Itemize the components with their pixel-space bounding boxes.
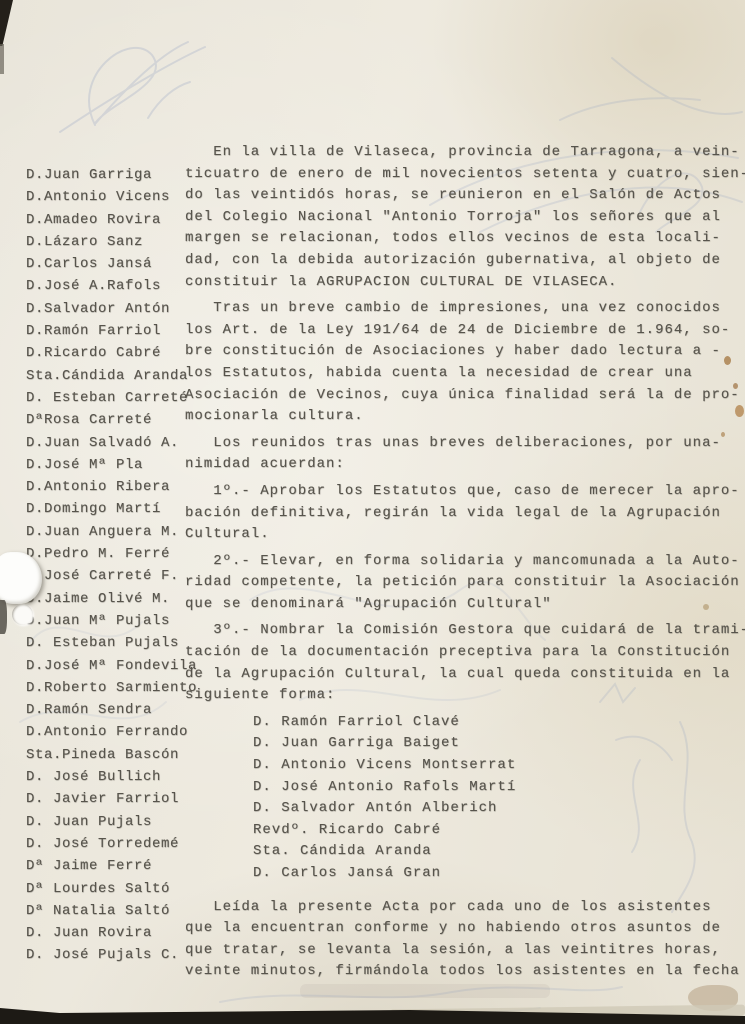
committee-member: D. Antonio Vicens Montserrat	[253, 755, 745, 777]
attendee-name: D.Roberto Sarmiento	[26, 677, 197, 699]
committee-member: Sta. Cándida Aranda	[253, 841, 745, 863]
body-line: veinte minutos, firmándola todos los asi…	[185, 961, 745, 983]
body-line: En la villa de Vilaseca, provincia de Ta…	[185, 142, 745, 164]
paragraph-agreement-lead: Los reunidos tras unas breves deliberaci…	[185, 433, 745, 476]
punch-hole	[12, 604, 33, 625]
attendee-name: D.Lázaro Sanz	[26, 231, 197, 253]
body-line: Tras un breve cambio de impresiones, una…	[185, 298, 745, 320]
committee-member: D. Salvador Antón Alberich	[253, 798, 745, 820]
attendee-name: D.José Mª Fondevila	[26, 655, 197, 677]
body-line: 1º.- Aprobar los Estatutos que, caso de …	[185, 481, 745, 503]
body-line: los Estatutos, habida cuenta la necesida…	[185, 363, 745, 385]
attendee-name: D.Domingo Martí	[26, 498, 197, 520]
body-line: 2º.- Elevar, en forma solidaria y mancom…	[185, 551, 745, 573]
attendee-name: Dª Lourdes Saltó	[26, 878, 197, 900]
body-line: que la encuentran conforme y no habiendo…	[185, 918, 745, 940]
attendee-name: D.Antonio Vicens	[26, 186, 197, 208]
attendee-name: D.Juan Garriga	[26, 164, 197, 186]
body-line: 3º.- Nombrar la Comisión Gestora que cui…	[185, 620, 745, 642]
attendee-name: D. Javier Farriol	[26, 788, 197, 810]
attendee-name: Sta.Cándida Aranda	[26, 365, 197, 387]
paragraph-intro: En la villa de Vilaseca, provincia de Ta…	[185, 142, 745, 293]
committee-member: D. Ramón Farriol Clavé	[253, 712, 745, 734]
attendee-name: D. José Torredemé	[26, 833, 197, 855]
document-body: En la villa de Vilaseca, provincia de Ta…	[185, 142, 745, 988]
attendee-name: D.Jaime Olivé M.	[26, 588, 197, 610]
body-line: ridad competente, la petición para const…	[185, 572, 745, 594]
body-line: constituir la AGRUPACION CULTURAL DE VIL…	[185, 272, 745, 294]
attendee-name: D.José Carreté F.	[26, 565, 197, 587]
paragraph-closing: Leída la presente Acta por cada uno de l…	[185, 897, 745, 983]
attendee-name: D. José Bullich	[26, 766, 197, 788]
attendee-name: D. Juan Pujals	[26, 811, 197, 833]
body-line: que se denominará "Agrupación Cultural"	[185, 594, 745, 616]
paragraph-resolution-3: 3º.- Nombrar la Comisión Gestora que cui…	[185, 620, 745, 706]
committee-member: D. José Antonio Rafols Martí	[253, 777, 745, 799]
scanned-document-page: D.Juan GarrigaD.Antonio VicensD.Amadeo R…	[0, 0, 745, 1024]
attendee-name: D.Salvador Antón	[26, 298, 197, 320]
attendee-name: D.Juan Anguera M.	[26, 521, 197, 543]
rust-stain	[703, 604, 709, 610]
body-line: bación definitiva, regirán la vida legal…	[185, 503, 745, 525]
attendee-name: D.Pedro M. Ferré	[26, 543, 197, 565]
margin-attendees-list: D.Juan GarrigaD.Antonio VicensD.Amadeo R…	[26, 164, 197, 967]
scan-edge-mark-left	[0, 44, 4, 74]
paragraph-resolution-2: 2º.- Elevar, en forma solidaria y mancom…	[185, 551, 745, 616]
attendee-name: D. Esteban Pujals	[26, 632, 197, 654]
scan-edge-shadow-top-left	[0, 0, 13, 46]
body-line: Cultural.	[185, 524, 745, 546]
body-line: mocionarla cultura.	[185, 406, 745, 428]
body-line: ticuatro de enero de mil novecientos set…	[185, 164, 745, 186]
body-line: Asociación de Vecinos, cuya única finali…	[185, 385, 745, 407]
attendee-name: D.José Mª Pla	[26, 454, 197, 476]
rust-stain	[724, 356, 731, 365]
rust-stain	[733, 383, 738, 389]
body-line: bre constitución de Asociaciones y haber…	[185, 341, 745, 363]
committee-member: D. Juan Garriga Baiget	[253, 733, 745, 755]
attendee-name: D. Esteban Carreté	[26, 387, 197, 409]
body-line: dad, con la debida autorización gubernat…	[185, 250, 745, 272]
attendee-name: D.Juan Salvadó A.	[26, 432, 197, 454]
body-line: del Colegio Nacional "Antonio Torroja" l…	[185, 207, 745, 229]
committee-member: D. Carlos Jansá Gran	[253, 863, 745, 885]
committee-member: Revdº. Ricardo Cabré	[253, 820, 745, 842]
body-line: que tratar, se levanta la sesión, a las …	[185, 940, 745, 962]
body-line: tación de la documentación preceptiva pa…	[185, 642, 745, 664]
attendee-name: DªRosa Carreté	[26, 409, 197, 431]
paragraph-resolution-1: 1º.- Aprobar los Estatutos que, caso de …	[185, 481, 745, 546]
body-line: nimidad acuerdan:	[185, 454, 745, 476]
attendee-name: Dª Natalia Saltó	[26, 900, 197, 922]
body-line: los Art. de la Ley 191/64 de 24 de Dicie…	[185, 320, 745, 342]
committee-members-list: D. Ramón Farriol ClavéD. Juan Garriga Ba…	[253, 712, 745, 885]
attendee-name: D.Antonio Ribera	[26, 476, 197, 498]
attendee-name: D.Juan Mª Pujals	[26, 610, 197, 632]
attendee-name: D.Ricardo Cabré	[26, 342, 197, 364]
attendee-name: D.Amadeo Rovira	[26, 209, 197, 231]
body-line: siguiente forma:	[185, 685, 745, 707]
scan-edge-mark-left-lower	[0, 600, 7, 634]
attendee-name: Dª Jaime Ferré	[26, 855, 197, 877]
body-line: margen se relacionan, todos ellos vecino…	[185, 228, 745, 250]
attendee-name: Sta.Pineda Bascón	[26, 744, 197, 766]
paragraph-law-reference: Tras un breve cambio de impresiones, una…	[185, 298, 745, 428]
body-line: de la Agrupación Cultural, la cual queda…	[185, 664, 745, 686]
attendee-name: D. Juan Rovira	[26, 922, 197, 944]
attendee-name: D.Antonio Ferrando	[26, 721, 197, 743]
rust-stain	[735, 405, 744, 417]
signature-squiggle-top-left	[60, 42, 205, 132]
attendee-name: D.José A.Rafols	[26, 275, 197, 297]
attendee-name: D. José Pujals C.	[26, 944, 197, 966]
body-line: do las veintidós horas, se reunieron en …	[185, 185, 745, 207]
attendee-name: D.Carlos Jansá	[26, 253, 197, 275]
rust-stain	[721, 432, 725, 437]
body-line: Los reunidos tras unas breves deliberaci…	[185, 433, 745, 455]
attendee-name: D.Ramón Farriol	[26, 320, 197, 342]
body-line: Leída la presente Acta por cada uno de l…	[185, 897, 745, 919]
attendee-name: D.Ramón Sendra	[26, 699, 197, 721]
